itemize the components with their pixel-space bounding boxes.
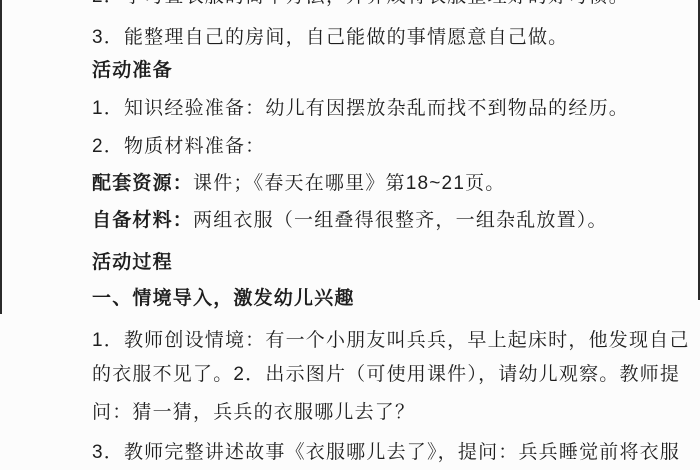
process-paragraph-line-4: 3．教师完整讲述故事《衣服哪儿去了》，提问：兵兵睡觉前将衣服 xyxy=(92,442,680,464)
process-section-heading: 活动过程 xyxy=(92,252,173,274)
process-paragraph-line-2: 的衣服不见了。2．出示图片（可使用课件），请幼儿观察。教师提 xyxy=(92,364,680,386)
material-line: 自备材料：两组衣服（一组叠得很整齐，一组杂乱放置）。 xyxy=(92,210,608,232)
process-paragraph-line-1: 1．教师创设情境：有一个小朋友叫兵兵，早上起床时，他发现自己 xyxy=(92,330,690,352)
prep-item-materials: 2．物质材料准备： xyxy=(92,136,265,158)
objective-item-3: 3．能整理自己的房间，自己能做的事情愿意自己做。 xyxy=(92,27,568,49)
prep-item-knowledge: 1．知识经验准备：幼儿有因摆放杂乱而找不到物品的经历。 xyxy=(92,98,629,120)
resource-line: 配套资源：课件；《春天在哪里》第18~21页。 xyxy=(92,173,505,195)
document-page: 2．学习叠衣服的简单方法，并养成将衣服整理好的好习惯。 3．能整理自己的房间，自… xyxy=(0,0,700,470)
material-label: 自备材料： xyxy=(92,210,193,231)
process-step1-heading: 一、情境导入，激发幼儿兴趣 xyxy=(92,288,355,310)
prep-section-heading: 活动准备 xyxy=(92,60,173,82)
resource-text: 课件；《春天在哪里》第18~21页。 xyxy=(193,173,505,194)
objective-item-2-partial: 2．学习叠衣服的简单方法，并养成将衣服整理好的好习惯。 xyxy=(92,0,629,8)
material-text: 两组衣服（一组叠得很整齐，一组杂乱放置）。 xyxy=(193,210,608,231)
resource-label: 配套资源： xyxy=(92,173,193,194)
scan-edge-left xyxy=(0,0,2,314)
process-paragraph-line-3: 问：猜一猜，兵兵的衣服哪儿去了？ xyxy=(92,402,415,424)
